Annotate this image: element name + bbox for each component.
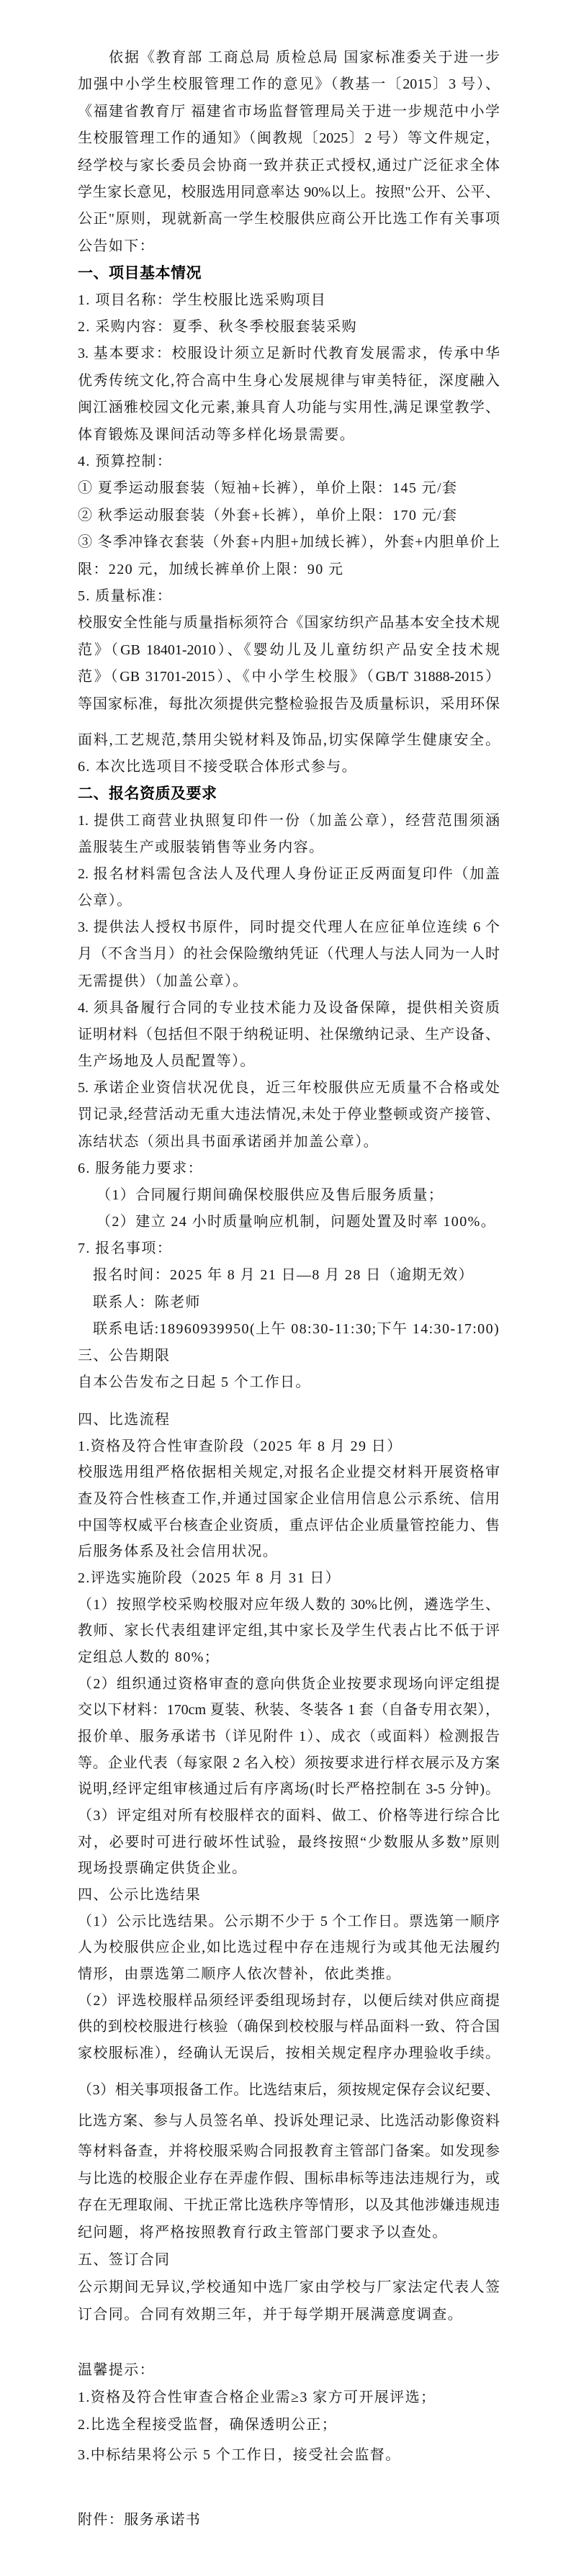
paragraph-line: 限：220 元，加绒长裤单价上限：90 元 xyxy=(78,559,500,580)
intro-line: 公正"原则，现就新高一学生校服供应商公开比选工作有关事项 xyxy=(78,209,500,229)
section-heading-project-info: 一、项目基本情况 xyxy=(78,263,500,283)
section-heading-notice-period: 三、公告期限 xyxy=(78,1346,500,1366)
contact-phone: 联系电话:18960939950(上午 08:30-11:30;下午 14:30… xyxy=(78,1319,500,1339)
intro-line: 依据《教育部 工商总局 质检总局 国家标准委关于进一步 xyxy=(78,48,500,68)
paragraph-line: （3）相关事项报备工作。比选结束后，须按规定保存会议纪要、 xyxy=(78,2080,500,2100)
paragraph-line: 人为校服供应企业,如比选过程中存在违规行为或其他无法履约 xyxy=(78,1937,500,1958)
paragraph-line: 冻结状态（须出具书面承诺函并加盖公章）。 xyxy=(78,1132,500,1152)
paragraph-line: 4. 预算控制： xyxy=(78,451,500,472)
paragraph-line: 交以下材料：170cm 夏装、秋装、冬装各 1 套（自备专用衣架）， xyxy=(78,1700,500,1720)
paragraph-line: 定组总人数的 80%； xyxy=(78,1647,500,1667)
section-heading-result-publicity: 四、公示比选结果 xyxy=(78,1885,500,1905)
paragraph-line: 5. 承诺企业资信状况优良，近三年校服供应无质量不合格或处 xyxy=(78,1078,500,1098)
paragraph-line: 面料,工艺规范,禁用尖锐材料及饰品,切实保障学生健康安全。 xyxy=(78,730,500,750)
paragraph-line: 等。企业代表（每家限 2 名入校）须按要求进行样衣展示及方案 xyxy=(78,1753,500,1773)
paragraph-line: 范》（GB 31701-2015）、《中小学生校服》（GB/T 31888-20… xyxy=(78,667,500,687)
paragraph-line: 校服选用组严格依据相关规定,对报名企业提交材料开展资格审 xyxy=(78,1462,500,1482)
intro-line: 生校服管理工作的通知》（闽教规〔2025〕2 号）等文件规定， xyxy=(78,128,500,148)
paragraph-line: 存在无理取闹、干扰正常比选秩序等情形，以及其他涉嫌违规违 xyxy=(78,2195,500,2215)
paragraph-line: 后服务体系及社会信用状况。 xyxy=(78,1541,500,1562)
intro-line: 经学校与家长委员会协商一致并获正式授权,通过广泛征求全体 xyxy=(78,156,500,176)
paragraph-line: 1. 提供工商营业执照复印件一份（加盖公章），经营范围须涵 xyxy=(78,811,500,831)
paragraph-line: 现场投票确定供货企业。 xyxy=(78,1858,500,1878)
paragraph-line: 盖服装生产或服装销售等业务内容。 xyxy=(78,837,500,857)
paragraph-line: 3. 提供法人授权书原件，同时提交代理人在应征单位连续 6 个 xyxy=(78,917,500,937)
paragraph-line: 1.资格及符合性审查阶段（2025 年 8 月 29 日） xyxy=(78,1436,500,1456)
section-heading-qualifications: 二、报名资质及要求 xyxy=(78,783,500,803)
paragraph-line: 6. 服务能力要求： xyxy=(78,1158,500,1179)
paragraph-line: 查及符合性核查工作,并通过国家企业信用信息公示系统、信用 xyxy=(78,1489,500,1509)
paragraph-line: 体育锻炼及课间活动等多样化场景需要。 xyxy=(78,425,500,445)
paragraph-line: 7. 报名事项： xyxy=(78,1238,500,1258)
registration-time: 报名时间：2025 年 8 月 21 日—8 月 28 日（逾期无效） xyxy=(78,1265,500,1285)
intro-line: 加强中小学生校服管理工作的意见》（教基一〔2015〕3 号）、 xyxy=(78,74,500,94)
budget-item-autumn: ② 秋季运动服套装（外套+长裤），单价上限：170 元/套 xyxy=(78,505,500,526)
paragraph-line: 订合同。合同有效期三年，并于每学期开展满意度调查。 xyxy=(78,2305,500,2325)
paragraph-line: （2）组织通过资格审查的意向供货企业按要求现场向评定组提 xyxy=(78,1674,500,1694)
budget-item-summer: ① 夏季运动服套装（短袖+长裤），单价上限：145 元/套 xyxy=(78,478,500,498)
paragraph-line: 月（不含当月）的社会保险缴纳凭证（代理人与法人同为一人时 xyxy=(78,944,500,964)
paragraph-line: 说明,经评定组审核通过后有序离场(时长严格控制在 3-5 分钟)。 xyxy=(78,1779,500,1799)
paragraph-line: 等国家标准，每批次须提供完整检验报告及质量标识，采用环保 xyxy=(78,694,500,714)
paragraph-line: 4. 须具备履行合同的专业技术能力及设备保障，提供相关资质 xyxy=(78,998,500,1018)
service-requirement-item: （1）合同履行期间确保校服供应及售后服务质量； xyxy=(78,1185,500,1205)
paragraph-line: 范》（GB 18401-2010）、《婴幼儿及儿童纺织产品安全技术规 xyxy=(78,640,500,660)
paragraph-line: 情形，由票选第二顺序人依次替补，依此类推。 xyxy=(78,1964,500,1984)
paragraph-line: 家校服标准），经确认无误后，按相关规定程序办理验收手续。 xyxy=(78,2043,500,2063)
paragraph-line: 纪问题，将严格按照教育行政主管部门要求予以查处。 xyxy=(78,2223,500,2243)
paragraph-line: 优秀传统文化,符合高中生身心发展规律与审美特征，深度融入 xyxy=(78,371,500,391)
tips-heading: 温馨提示： xyxy=(78,2360,500,2380)
paragraph-line: 与比选的校服企业存在弄虚作假、围标串标等违法违规行为，或 xyxy=(78,2169,500,2189)
paragraph-line: 教师、家长代表组建评定组,其中家长及学生代表占比不低于评 xyxy=(78,1621,500,1641)
paragraph-line: 证明材料（包括但不限于纳税证明、社保缴纳记录、生产设备、 xyxy=(78,1024,500,1045)
paragraph-line: 供的到校校服进行核验（确保到校校服与样品面料一致、符合国 xyxy=(78,2017,500,2037)
paragraph-line: 2. 采购内容：夏季、秋冬季校服套装采购 xyxy=(78,317,500,337)
paragraph-line: 等材料备查，并将校服采购合同报教育主管部门备案。如发现参 xyxy=(78,2141,500,2161)
intro-line: 学生家长意见，校服选用同意率达 90%以上。按照"公开、公平、 xyxy=(78,182,500,202)
document-page: 依据《教育部 工商总局 质检总局 国家标准委关于进一步 加强中小学生校服管理工作… xyxy=(0,0,571,2576)
budget-item-winter: ③ 冬季冲锋衣套装（外套+内胆+加绒长裤），外套+内胆单价上 xyxy=(78,532,500,552)
paragraph-line: 校服安全性能与质量指标须符合《国家纺织产品基本安全技术规 xyxy=(78,613,500,633)
paragraph-line: 公章）。 xyxy=(78,891,500,911)
paragraph-line: （1）按照学校采购校服对应年级人数的 30%比例，遴选学生、 xyxy=(78,1595,500,1615)
paragraph-line: 1. 项目名称：学生校服比选采购项目 xyxy=(78,290,500,310)
attachment-note: 附件：服务承诺书 xyxy=(78,2510,500,2530)
paragraph-line: 生产场地及人员配置等）。 xyxy=(78,1051,500,1071)
paragraph-line: （1）公示比选结果。公示期不少于 5 个工作日。票选第一顺序 xyxy=(78,1911,500,1932)
paragraph-line: 公示期间无异议,学校通知中选厂家由学校与厂家法定代表人签 xyxy=(78,2277,500,2297)
tip-item: 1.资格及符合性审查合格企业需≥3 家方可开展评选； xyxy=(78,2387,500,2408)
contact-person: 联系人：陈老师 xyxy=(78,1292,500,1312)
tip-item: 3.中标结果将公示 5 个工作日，接受社会监督。 xyxy=(78,2445,500,2465)
intro-line: 公告如下： xyxy=(78,236,500,256)
paragraph-line: 报价单、服务承诺书（详见附件 1）、成衣（或面料）检测报告 xyxy=(78,1726,500,1747)
section-heading-selection-process: 四、比选流程 xyxy=(78,1410,500,1430)
paragraph-line: 罚记录,经营活动无重大违法情况,未处于停业整顿或资产接管、 xyxy=(78,1104,500,1125)
paragraph-line: 2.评选实施阶段（2025 年 8 月 31 日） xyxy=(78,1568,500,1588)
section-heading-contract: 五、签订合同 xyxy=(78,2250,500,2270)
intro-line: 《福建省教育厅 福建省市场监督管理局关于进一步规范中小学 xyxy=(78,102,500,122)
paragraph-line: 中国等权威平台核查企业资质，重点评估企业质量管控能力、售 xyxy=(78,1516,500,1536)
paragraph-line: 6. 本次比选项目不接受联合体形式参与。 xyxy=(78,757,500,777)
paragraph-line: 对，必要时可进行破坏性试验，最终按照“少数服从多数”原则 xyxy=(78,1832,500,1852)
paragraph-line: 闽江涵雅校园文化元素,兼具育人功能与实用性,满足课堂教学、 xyxy=(78,397,500,418)
service-requirement-item: （2）建立 24 小时质量响应机制，问题处置及时率 100%。 xyxy=(78,1212,500,1232)
paragraph-line: 自本公告发布之日起 5 个工作日。 xyxy=(78,1372,500,1392)
paragraph-line: 2. 报名材料需包含法人及代理人身份证正反两面复印件（加盖 xyxy=(78,864,500,884)
paragraph-line: 3. 基本要求：校服设计须立足新时代教育发展需求，传承中华 xyxy=(78,343,500,364)
paragraph-line: 比选方案、参与人员签名单、投诉处理记录、比选活动影像资料 xyxy=(78,2111,500,2131)
tip-item: 2.比选全程接受监督，确保透明公正； xyxy=(78,2415,500,2435)
paragraph-line: 5. 质量标准： xyxy=(78,586,500,606)
paragraph-line: （2）评选校服样品须经评委组现场封存，以便后续对供应商提 xyxy=(78,1991,500,2011)
paragraph-line: 无需提供）（加盖公章）。 xyxy=(78,971,500,991)
paragraph-line: （3）评定组对所有校服样衣的面料、做工、价格等进行综合比 xyxy=(78,1806,500,1826)
